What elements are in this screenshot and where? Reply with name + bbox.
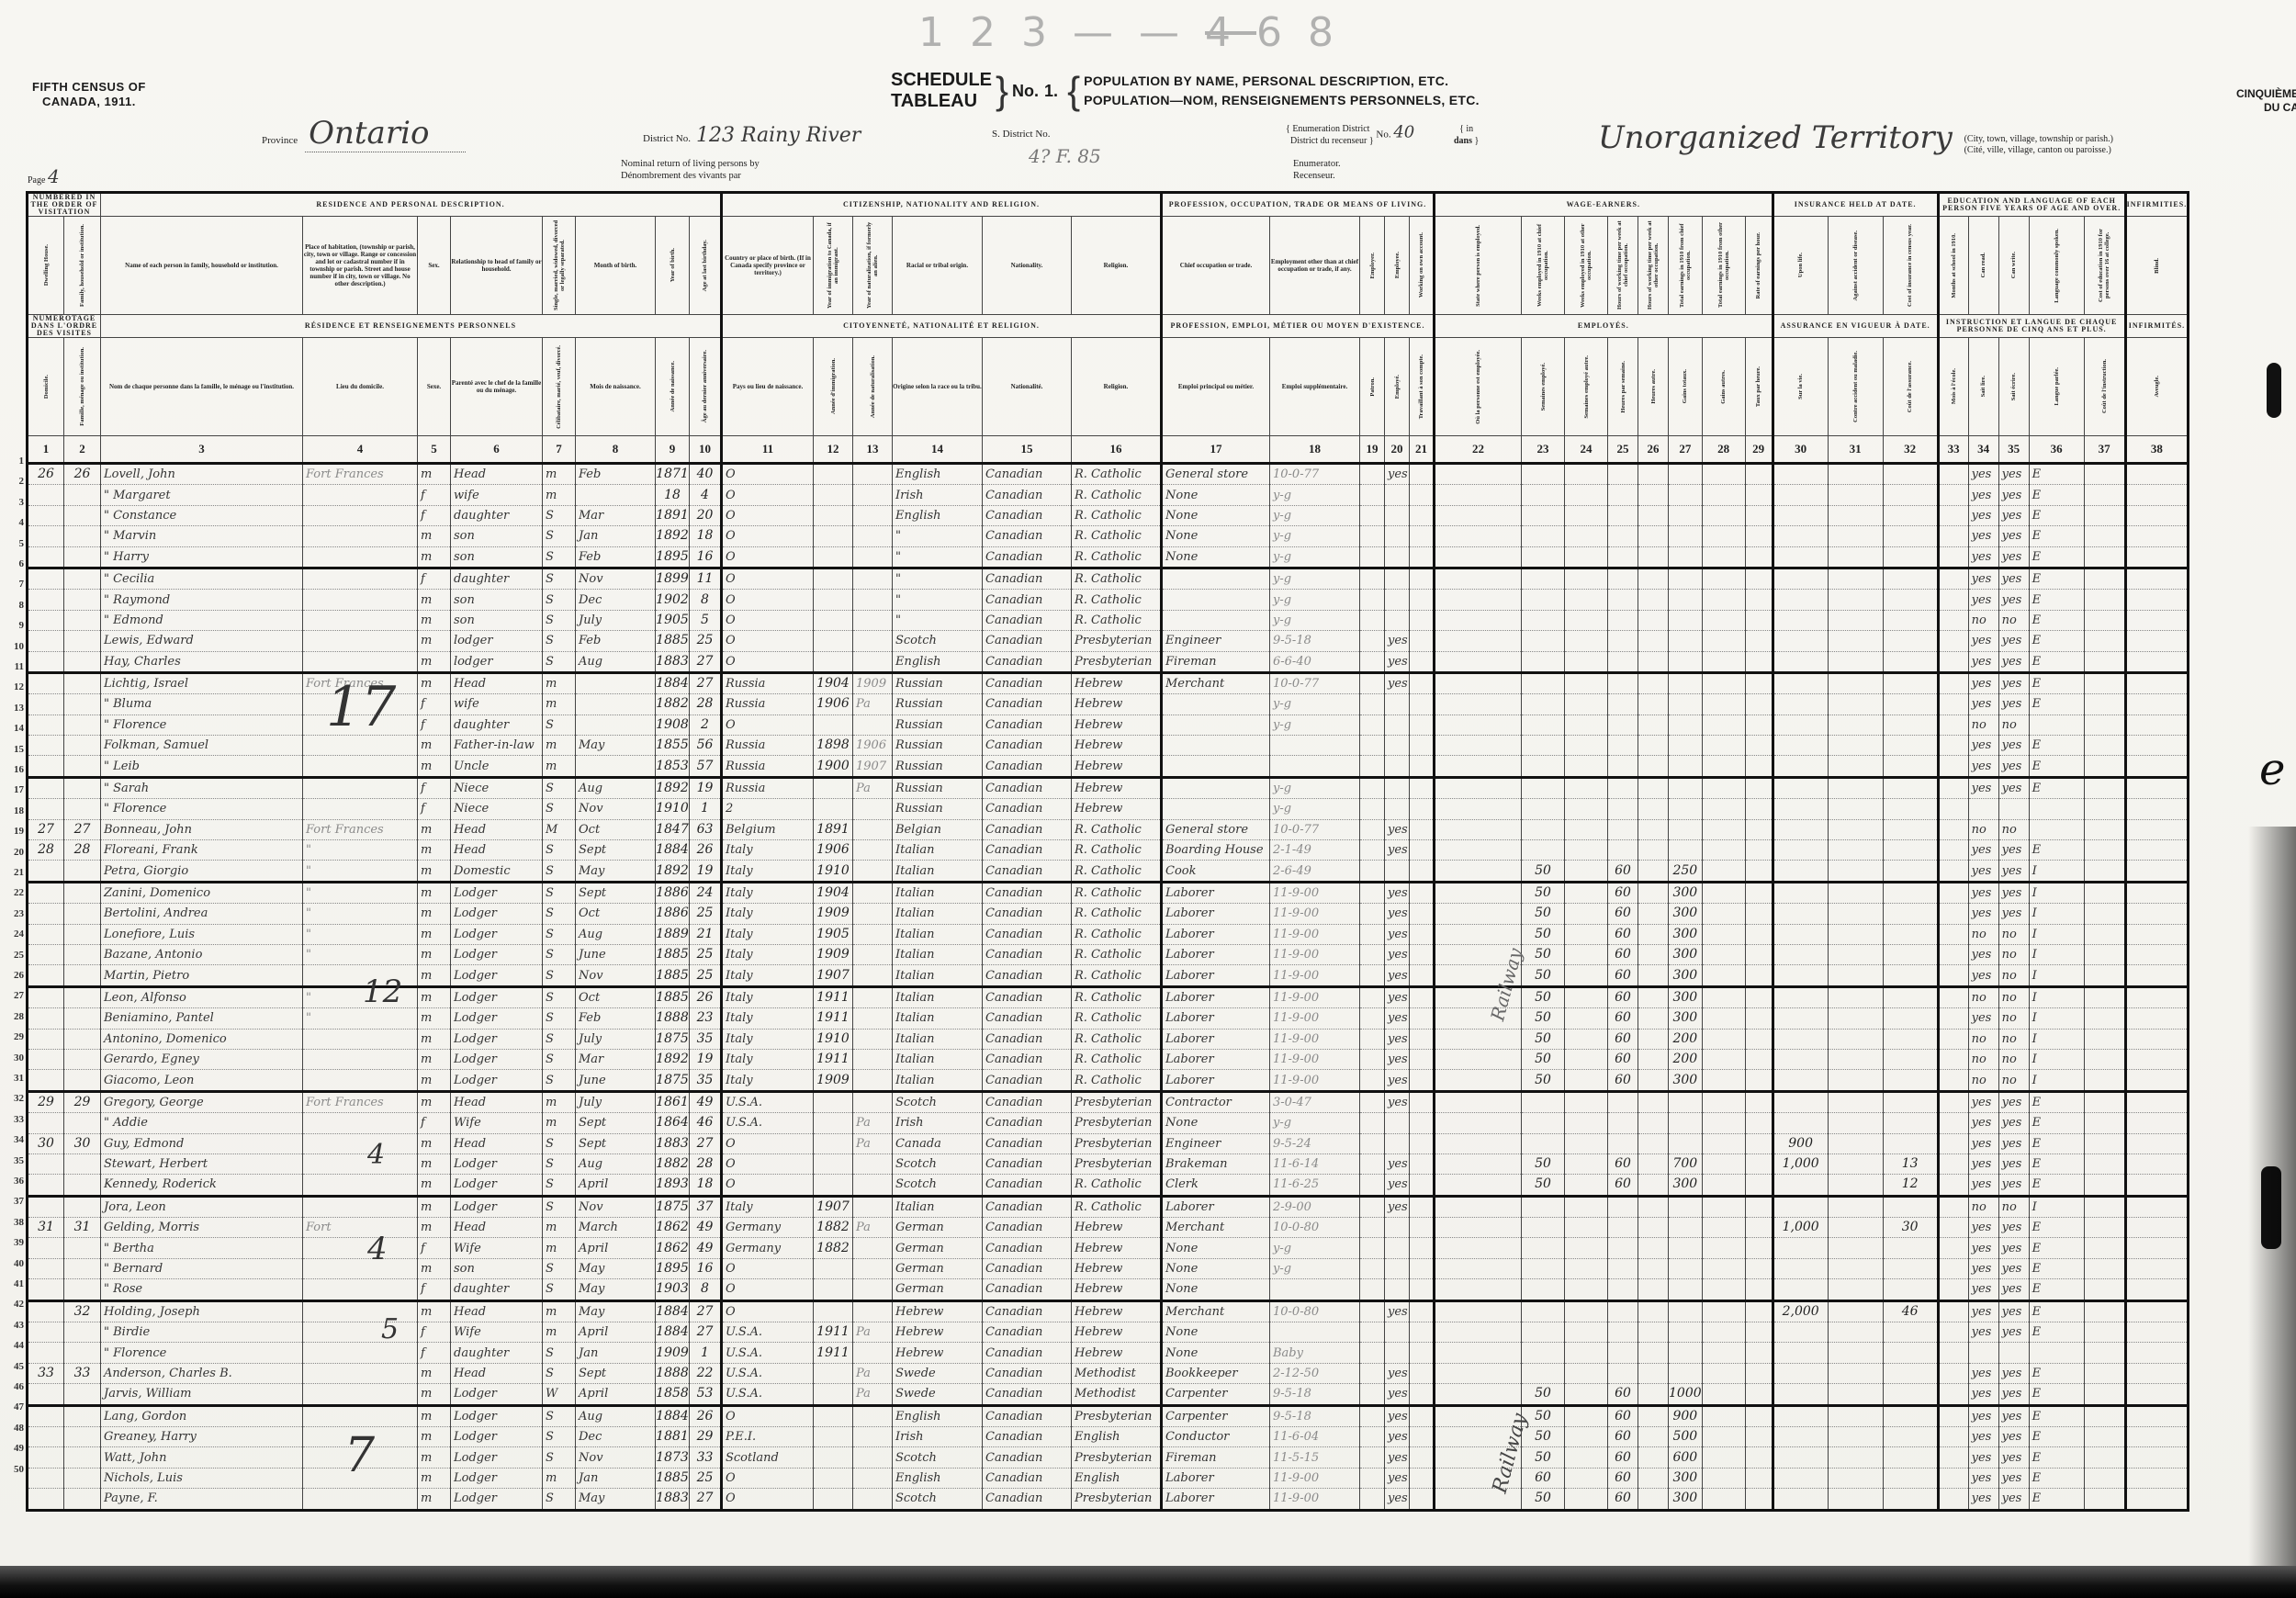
cell-empty (1745, 1008, 1773, 1029)
cell-empty (2125, 1175, 2189, 1196)
cell-empty (1435, 1196, 1522, 1217)
cell-status: m (543, 1300, 576, 1322)
cell-empty (2084, 756, 2125, 777)
cell-empty (1828, 1405, 1883, 1426)
cell-empty (1938, 1279, 1968, 1300)
cell-origin: Russian (893, 799, 983, 819)
cell-family (64, 1029, 101, 1049)
cell-month: July (576, 1029, 656, 1049)
cell-read: no (1968, 610, 1998, 630)
cell-birth: Russia (722, 756, 814, 777)
cell-nat (853, 464, 893, 485)
cell-c23 (1522, 590, 1565, 610)
margin-tally-mark: 17 (326, 675, 396, 739)
cell-religion: R. Catholic (1072, 485, 1162, 505)
cell-religion: Hebrew (1072, 1218, 1162, 1238)
cell-occupation: Conductor (1162, 1426, 1270, 1446)
cell-family (64, 672, 101, 693)
cell-place (303, 1175, 418, 1196)
cell-imm: 1904 (814, 672, 853, 693)
cell-read: no (1968, 924, 1998, 944)
cell-place (303, 651, 418, 672)
cell-imm (814, 1133, 853, 1153)
cell-year: 1892 (656, 1049, 690, 1069)
cell-c27 (1669, 1238, 1703, 1258)
cell-lang: I (2029, 944, 2084, 964)
cell-nat (853, 485, 893, 505)
cell-status: S (543, 882, 576, 903)
cell-c23 (1522, 756, 1565, 777)
cell-empty (1938, 924, 1968, 944)
cell-empty (1745, 1029, 1773, 1049)
cell-empty (1828, 672, 1883, 693)
cell-religion: Presbyterian (1072, 1113, 1162, 1133)
cell-place: Fort Frances (303, 819, 418, 839)
cell-c27: 300 (1669, 965, 1703, 986)
cell-nat: Pa (853, 777, 893, 798)
cell-empty (1938, 1153, 1968, 1174)
cell-c30 (1773, 819, 1828, 839)
line-number: 41 (7, 1278, 24, 1289)
cell-nationality: Canadian (983, 1468, 1072, 1488)
cell-sex: f (418, 1113, 451, 1133)
cell-sex: m (418, 1468, 451, 1488)
cell-name: Jarvis, William (101, 1384, 303, 1405)
cell-empty (1435, 777, 1522, 798)
cell-empty (1565, 1279, 1608, 1300)
cell-wage: y-g (1270, 777, 1360, 798)
cell-lang: E (2029, 1258, 2084, 1278)
cell-imm (814, 1363, 853, 1383)
cell-sex: m (418, 1405, 451, 1426)
cell-c23 (1522, 464, 1565, 485)
cell-write: yes (1998, 1405, 2029, 1426)
cell-month: Jan (576, 1343, 656, 1363)
cell-age: 18 (690, 1175, 722, 1196)
cell-empty (1938, 1343, 1968, 1363)
cell-empty (1702, 631, 1745, 651)
census-row: " BerthafWifemApril186249Germany1882Germ… (28, 1238, 2189, 1258)
cell-occupation: Merchant (1162, 1218, 1270, 1238)
cell-month (576, 485, 656, 505)
cell-religion: Hebrew (1072, 777, 1162, 798)
cell-origin: Russian (893, 777, 983, 798)
scan-shadow (2248, 827, 2296, 1598)
cell-nationality: Canadian (983, 840, 1072, 861)
cell-c25: 60 (1608, 861, 1638, 882)
cell-nat: 1909 (853, 672, 893, 693)
cell-occupation: None (1162, 546, 1270, 568)
cell-c25: 60 (1608, 1175, 1638, 1196)
cell-religion: English (1072, 1426, 1162, 1446)
cell-empty (1360, 1258, 1385, 1278)
cell-wage: 2-12-50 (1270, 1363, 1360, 1383)
cell-sex: m (418, 736, 451, 756)
cell-wage: 3-0-47 (1270, 1091, 1360, 1112)
cell-place: " (303, 924, 418, 944)
cell-sex: m (418, 464, 451, 485)
cell-c23: 50 (1522, 1153, 1565, 1174)
cell-status: S (543, 944, 576, 964)
line-number: 5 (7, 538, 24, 549)
cell-read: yes (1968, 505, 1998, 525)
cell-status: S (543, 777, 576, 798)
cell-empty (1410, 904, 1435, 924)
cell-empty (1745, 1384, 1773, 1405)
cell-empty (1410, 736, 1435, 756)
cell-empty (1938, 1029, 1968, 1049)
cell-year: 1910 (656, 799, 690, 819)
cell-nationality: Canadian (983, 1279, 1072, 1300)
cell-empty (2084, 777, 2125, 798)
cell-age: 25 (690, 631, 722, 651)
cell-write: yes (1998, 464, 2029, 485)
cell-sex: m (418, 672, 451, 693)
cell-wage: 10-0-80 (1270, 1300, 1360, 1322)
cell-c27 (1669, 799, 1703, 819)
cell-c30 (1773, 1238, 1828, 1258)
cell-empty (1410, 1113, 1435, 1133)
cell-rel: Lodger (451, 1489, 543, 1510)
cell-name: Zanini, Domenico (101, 882, 303, 903)
cell-rel: Head (451, 819, 543, 839)
cell-sex: m (418, 651, 451, 672)
cell-empty (2125, 756, 2189, 777)
cell-occupation: Brakeman (1162, 1153, 1270, 1174)
cell-occupation: Laborer (1162, 1070, 1270, 1091)
cell-empty (1828, 1343, 1883, 1363)
cell-age: 20 (690, 505, 722, 525)
cell-read: yes (1968, 526, 1998, 546)
cell-family: 33 (64, 1363, 101, 1383)
cell-empty (1565, 1258, 1608, 1278)
cell-empty (2125, 924, 2189, 944)
cell-empty (1565, 756, 1608, 777)
cell-rel: Head (451, 1091, 543, 1112)
cell-sex: m (418, 1426, 451, 1446)
cell-empty (2125, 568, 2189, 589)
cell-c32 (1883, 1238, 1938, 1258)
cell-sex: m (418, 1447, 451, 1468)
province-field: ProvinceOntario (262, 115, 466, 152)
cell-month: Aug (576, 1405, 656, 1426)
cell-c27: 300 (1669, 1489, 1703, 1510)
cell-lang: E (2029, 1113, 2084, 1133)
cell-read: yes (1968, 1133, 1998, 1153)
cell-name: Guy, Edmond (101, 1133, 303, 1153)
cell-c27 (1669, 1363, 1703, 1383)
cell-empty (1638, 694, 1669, 715)
cell-empty (1702, 1279, 1745, 1300)
cell-c27 (1669, 1300, 1703, 1322)
cell-nationality: Canadian (983, 485, 1072, 505)
cell-dwelling (28, 861, 64, 882)
cell-status: m (543, 1218, 576, 1238)
cell-empty (1410, 1279, 1435, 1300)
cell-empty (2125, 590, 2189, 610)
cell-birth: O (722, 1133, 814, 1153)
cell-religion: R. Catholic (1072, 464, 1162, 485)
cell-empty (1638, 799, 1669, 819)
cell-imm: 1900 (814, 756, 853, 777)
cell-empty (2084, 1322, 2125, 1343)
cell-status: m (543, 756, 576, 777)
cell-birth: Russia (722, 736, 814, 756)
cell-birth: U.S.A. (722, 1322, 814, 1343)
cell-c23 (1522, 799, 1565, 819)
cell-year: 1885 (656, 1468, 690, 1488)
cell-emp: yes (1385, 904, 1410, 924)
cell-empty (1938, 485, 1968, 505)
cell-c23 (1522, 1218, 1565, 1238)
cell-name: " Bernard (101, 1258, 303, 1278)
cell-dwelling (28, 1426, 64, 1446)
census-row: " RosefdaughterSMay19038OGermanCanadianH… (28, 1279, 2189, 1300)
cell-c27 (1669, 756, 1703, 777)
cell-empty (1938, 672, 1968, 693)
cell-family (64, 1175, 101, 1196)
cell-nationality: Canadian (983, 505, 1072, 525)
cell-birth: O (722, 1489, 814, 1510)
cell-lang: E (2029, 1405, 2084, 1426)
cell-status: S (543, 799, 576, 819)
census-row: 32Holding, JosephmHeadmMay188427OHebrewC… (28, 1300, 2189, 1322)
cell-empty (1565, 1029, 1608, 1049)
cell-empty (1410, 1384, 1435, 1405)
cell-imm (814, 1300, 853, 1322)
cell-name: Lang, Gordon (101, 1405, 303, 1426)
enumeration-district-field: { Enumeration District District du recen… (1286, 123, 1479, 147)
cell-sex: m (418, 631, 451, 651)
cell-empty (1638, 861, 1669, 882)
cell-empty (1702, 1049, 1745, 1069)
cell-empty (1828, 1384, 1883, 1405)
cell-read: yes (1968, 965, 1998, 986)
cell-empty (1745, 485, 1773, 505)
cell-dwelling (28, 882, 64, 903)
cell-age: 27 (690, 651, 722, 672)
cell-empty (1702, 546, 1745, 568)
cell-occupation: None (1162, 505, 1270, 525)
cell-empty (1435, 505, 1522, 525)
cell-read (1968, 799, 1998, 819)
cell-write: yes (1998, 1133, 2029, 1153)
cell-empty (2084, 1218, 2125, 1238)
cell-month: March (576, 1218, 656, 1238)
cell-c32 (1883, 568, 1938, 589)
cell-sex: f (418, 568, 451, 589)
cell-empty (1638, 672, 1669, 693)
cell-year: 1875 (656, 1196, 690, 1217)
cell-origin: Italian (893, 882, 983, 903)
cell-c27: 900 (1669, 1405, 1703, 1426)
cell-wage: 9-5-18 (1270, 1405, 1360, 1426)
cell-age: 2 (690, 715, 722, 735)
cell-family (64, 1049, 101, 1069)
cell-empty (1565, 882, 1608, 903)
cell-empty (1638, 1489, 1669, 1510)
cell-write: yes (1998, 1468, 2029, 1488)
cell-empty (1702, 1091, 1745, 1112)
cell-c30 (1773, 1279, 1828, 1300)
cell-empty (2125, 1300, 2189, 1322)
cell-c32 (1883, 1133, 1938, 1153)
cell-empty (1638, 924, 1669, 944)
cell-empty (1638, 944, 1669, 964)
cell-nationality: Canadian (983, 631, 1072, 651)
cell-wage: 10-0-80 (1270, 1218, 1360, 1238)
cell-name: Folkman, Samuel (101, 736, 303, 756)
cell-empty (1360, 694, 1385, 715)
cell-sex: m (418, 882, 451, 903)
cell-empty (1638, 1258, 1669, 1278)
cell-status: m (543, 1322, 576, 1343)
cell-nat (853, 1175, 893, 1196)
census-row: " RaymondmsonSDec19028O"CanadianR. Catho… (28, 590, 2189, 610)
cell-write: no (1998, 610, 2029, 630)
cell-religion: Presbyterian (1072, 1133, 1162, 1153)
cell-status: m (543, 1468, 576, 1488)
cell-empty (1410, 610, 1435, 630)
cell-imm (814, 1489, 853, 1510)
cell-empty (1745, 526, 1773, 546)
cell-empty (1410, 1175, 1435, 1196)
line-number: 12 (7, 681, 24, 692)
cell-rel: Father-in-law (451, 736, 543, 756)
cell-nat (853, 1153, 893, 1174)
cell-empty (1565, 546, 1608, 568)
cell-empty (1828, 1468, 1883, 1488)
line-number: 44 (7, 1340, 24, 1351)
cell-age: 25 (690, 904, 722, 924)
line-number: 9 (7, 620, 24, 631)
cell-c25: 60 (1608, 882, 1638, 903)
cell-year: 1909 (656, 1343, 690, 1363)
cell-write: no (1998, 1049, 2029, 1069)
cell-year: 1886 (656, 904, 690, 924)
cell-rel: daughter (451, 1279, 543, 1300)
cell-year: 1892 (656, 861, 690, 882)
line-number: 42 (7, 1299, 24, 1310)
cell-empty (1565, 1218, 1608, 1238)
cell-empty (1565, 944, 1608, 964)
cell-religion: Hebrew (1072, 1343, 1162, 1363)
line-number: 35 (7, 1155, 24, 1166)
cell-name: Payne, F. (101, 1489, 303, 1510)
cell-lang: E (2029, 1384, 2084, 1405)
cell-rel: Lodger (451, 1008, 543, 1029)
cell-birth: O (722, 526, 814, 546)
subdistrict-value: 4? F. 85 (1029, 145, 1101, 167)
cell-empty (1702, 505, 1745, 525)
cell-month: Mar (576, 1049, 656, 1069)
cell-c32 (1883, 777, 1938, 798)
cell-empty (1638, 986, 1669, 1007)
cell-place (303, 568, 418, 589)
cell-c25: 60 (1608, 965, 1638, 986)
cell-origin: Canada (893, 1133, 983, 1153)
cell-rel: lodger (451, 651, 543, 672)
cell-empty (1435, 546, 1522, 568)
cell-sex: m (418, 1091, 451, 1112)
cell-read: yes (1968, 1008, 1998, 1029)
cell-rel: Wife (451, 1238, 543, 1258)
cell-birth: O (722, 464, 814, 485)
cell-dwelling: 31 (28, 1218, 64, 1238)
cell-empty (1702, 1343, 1745, 1363)
cell-birth: Italy (722, 1070, 814, 1091)
cell-write: yes (1998, 1300, 2029, 1322)
cell-imm (814, 568, 853, 589)
cell-name: " Florence (101, 715, 303, 735)
cell-empty (2125, 1153, 2189, 1174)
cell-c25 (1608, 1238, 1638, 1258)
cell-empty (1938, 777, 1968, 798)
cell-empty (1828, 526, 1883, 546)
cell-empty (1828, 1426, 1883, 1446)
cell-c25 (1608, 840, 1638, 861)
cell-imm: 1905 (814, 924, 853, 944)
cell-empty (1360, 1113, 1385, 1133)
cell-age: 27 (690, 1133, 722, 1153)
cell-empty (1638, 819, 1669, 839)
cell-c25 (1608, 715, 1638, 735)
cell-imm: 1909 (814, 1070, 853, 1091)
cell-empty (1565, 505, 1608, 525)
cell-c30 (1773, 526, 1828, 546)
cell-month: Feb (576, 464, 656, 485)
cell-nationality: Canadian (983, 1218, 1072, 1238)
cell-c27: 300 (1669, 1070, 1703, 1091)
cell-read: yes (1968, 1153, 1998, 1174)
cell-empty (2084, 610, 2125, 630)
cell-year: 1873 (656, 1447, 690, 1468)
cell-dwelling (28, 1468, 64, 1488)
cell-empty (1745, 1091, 1773, 1112)
cell-family (64, 568, 101, 589)
cell-c25 (1608, 1218, 1638, 1238)
cell-empty (2125, 986, 2189, 1007)
cell-c23 (1522, 546, 1565, 568)
cell-empty (1360, 819, 1385, 839)
cell-family (64, 1279, 101, 1300)
cell-status: m (543, 1091, 576, 1112)
cell-sex: m (418, 819, 451, 839)
cell-status: m (543, 672, 576, 693)
cell-status: S (543, 1153, 576, 1174)
cell-place (303, 1384, 418, 1405)
cell-name: " Florence (101, 1343, 303, 1363)
cell-emp: yes (1385, 1384, 1410, 1405)
cell-read: no (1968, 819, 1998, 839)
cell-wage (1270, 1279, 1360, 1300)
cell-imm (814, 526, 853, 546)
cell-status: m (543, 1238, 576, 1258)
cell-c27 (1669, 1113, 1703, 1133)
cell-empty (1702, 882, 1745, 903)
cell-read: no (1968, 986, 1998, 1007)
cell-c32 (1883, 1091, 1938, 1112)
cell-c30 (1773, 1175, 1828, 1196)
cell-empty (2125, 1279, 2189, 1300)
line-number: 50 (7, 1464, 24, 1475)
cell-lang: E (2029, 1468, 2084, 1488)
cell-c30 (1773, 1070, 1828, 1091)
cell-c23: 50 (1522, 1489, 1565, 1510)
cell-wage: 11-5-15 (1270, 1447, 1360, 1468)
cell-c30 (1773, 1049, 1828, 1069)
cell-lang: E (2029, 1175, 2084, 1196)
